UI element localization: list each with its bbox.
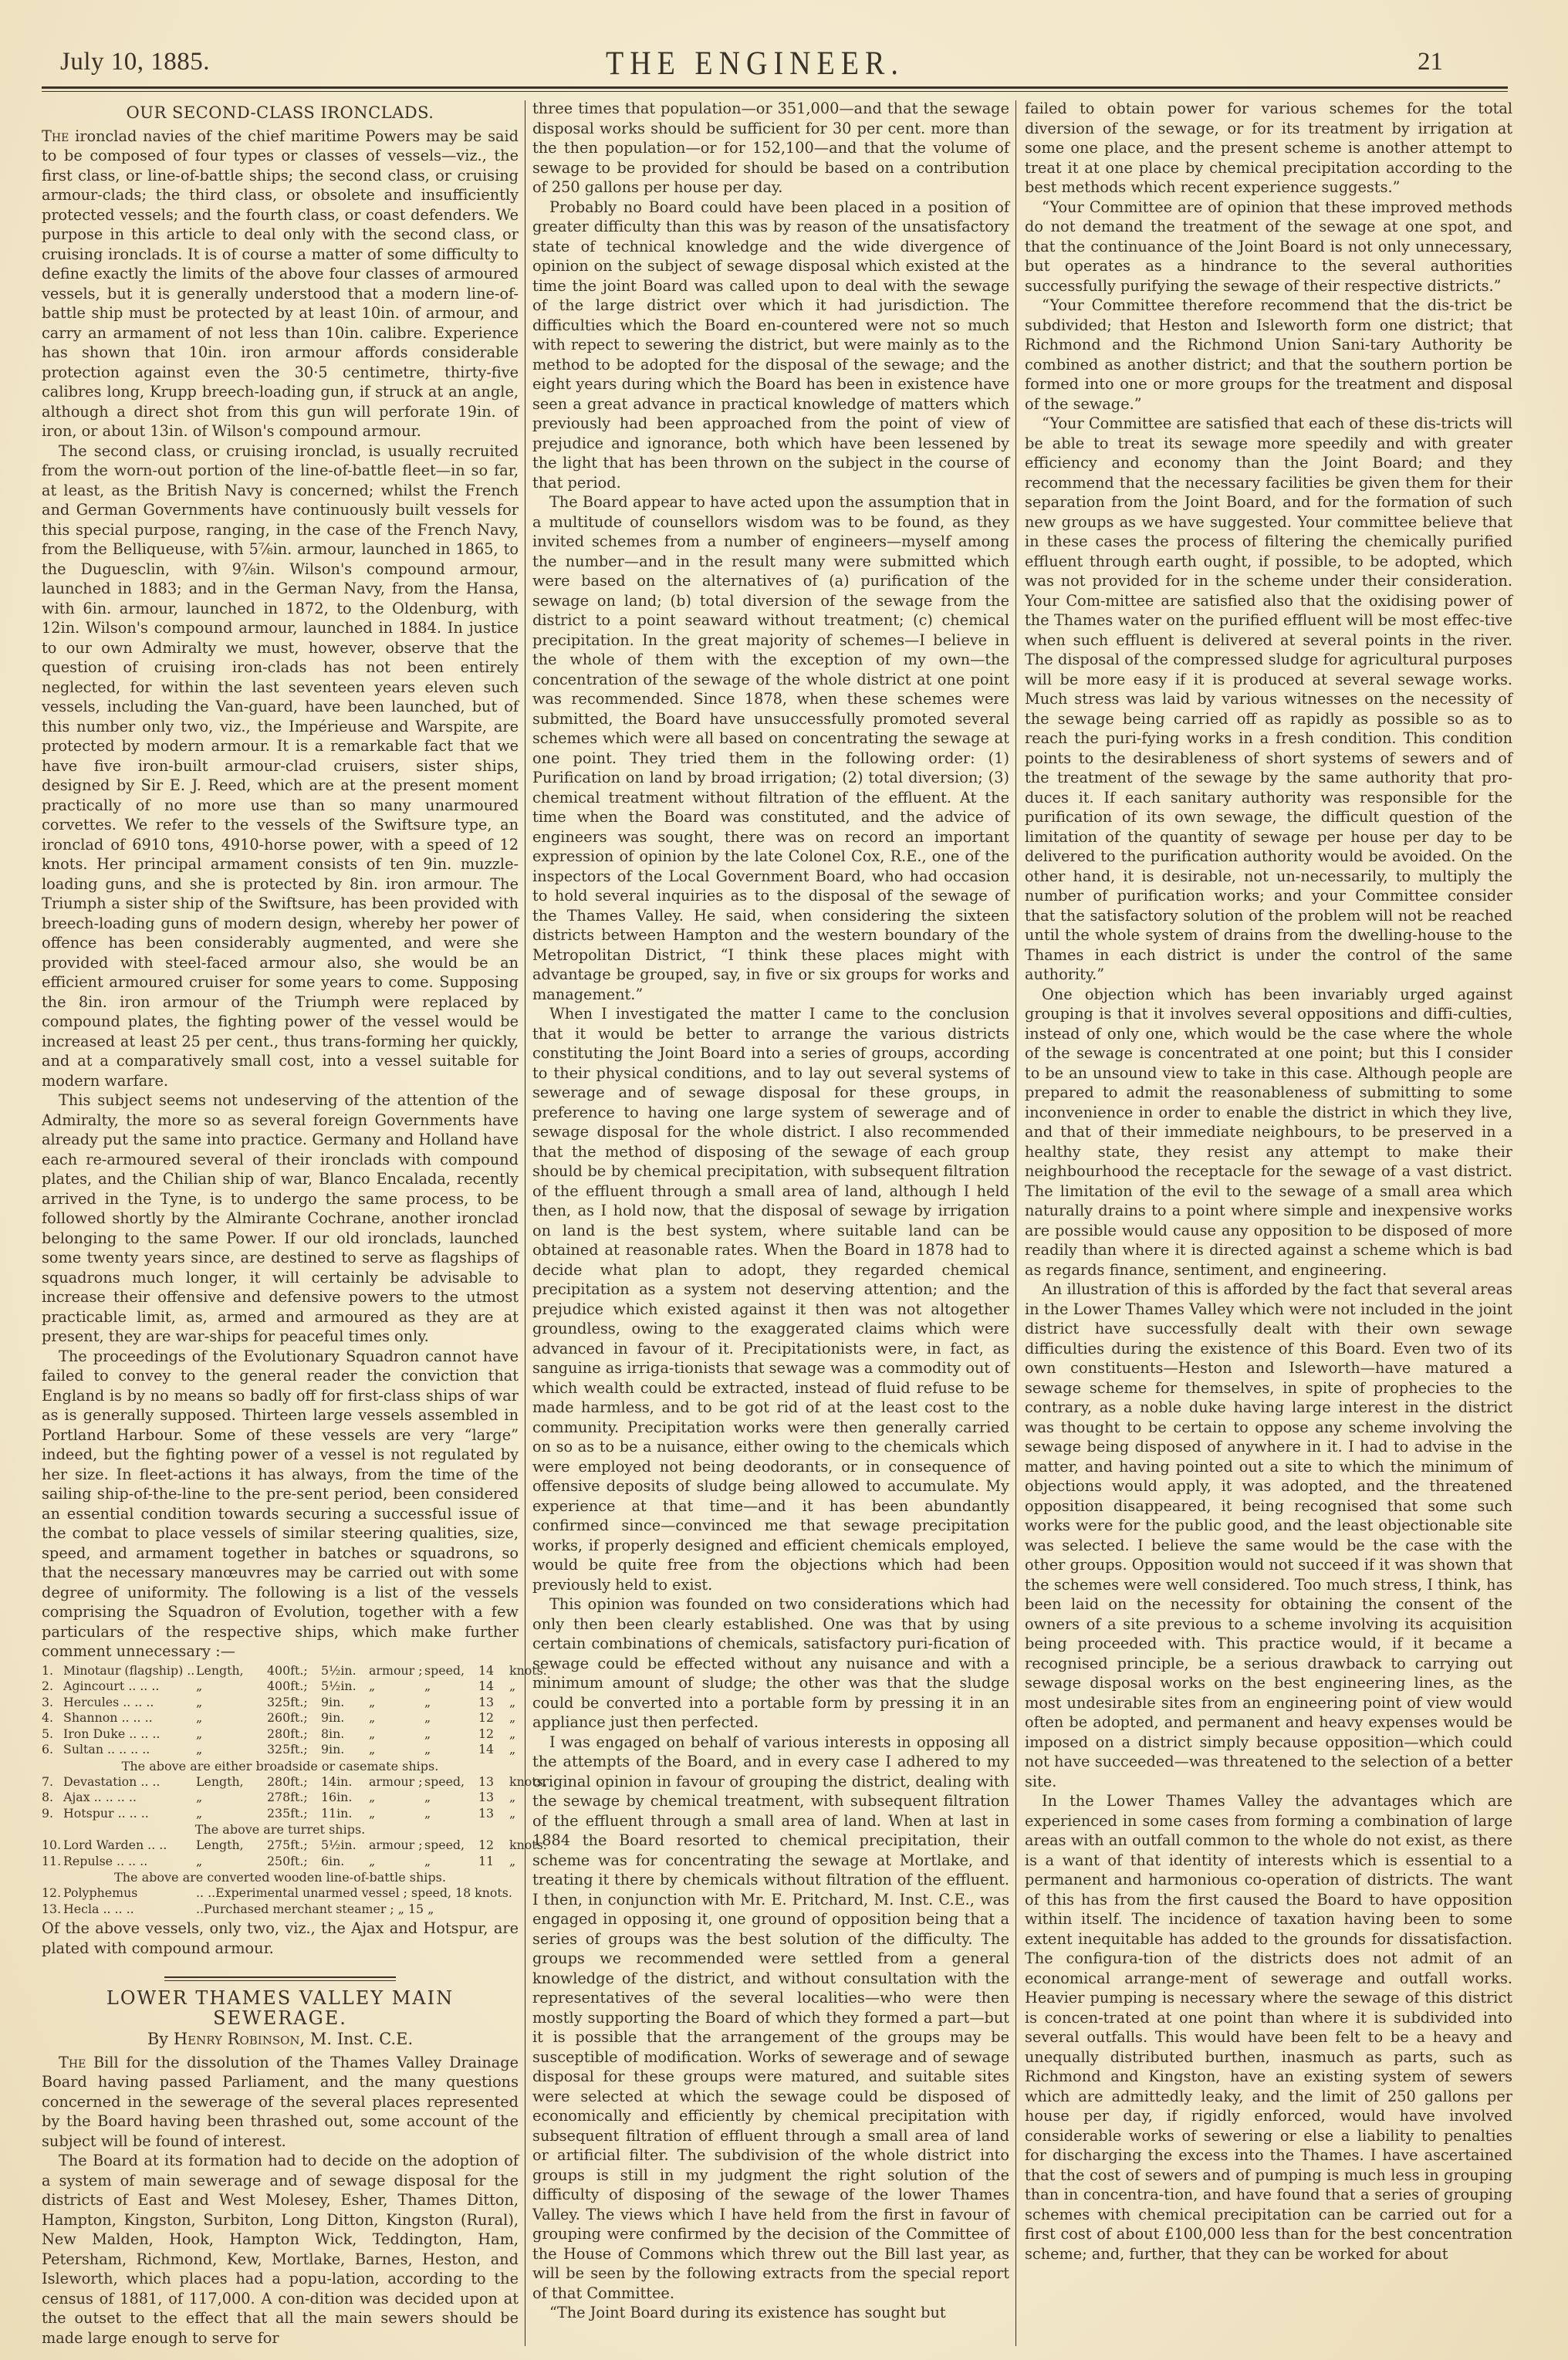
ship-cell: 5½in. (321, 1663, 369, 1679)
ship-cell: 250ft.; (267, 1854, 321, 1870)
ship-row: 6.Sultan .. .. .. ..„325ft.;9in.„„14„ (42, 1742, 519, 1758)
ship-cell: Repulse .. .. .. (63, 1854, 196, 1870)
paragraph: The proceedings of the Evolutionary Squa… (42, 1347, 519, 1662)
ship-cell: „ (424, 1790, 478, 1806)
ship-cell: armour ; (369, 1774, 424, 1790)
ship-cell: „ (369, 1679, 424, 1695)
paragraph: This subject seems not undeserving of th… (42, 1090, 519, 1347)
ship-row: 10.Lord Warden .. ..Length,275ft.;5½in.a… (42, 1838, 519, 1854)
ship-cell: 5. (42, 1726, 63, 1743)
ship-cell: Length, (196, 1663, 267, 1679)
ship-cell: 325ft.; (267, 1742, 321, 1758)
ship-cell: Sultan .. .. .. .. (63, 1742, 196, 1758)
article-body-sewerage-part1: The Bill for the dissolution of the Tham… (42, 2053, 519, 2348)
ship-cell: 7. (42, 1774, 63, 1790)
lead-word: The (42, 127, 75, 145)
ship-cell: 9in. (321, 1710, 369, 1726)
article-body-sewerage-part3: failed to obtain power for various schem… (1025, 99, 1512, 2264)
ship-cell: 11in. (321, 1806, 369, 1822)
paragraph: failed to obtain power for various schem… (1025, 99, 1512, 198)
publication-title: THE ENGINEER. (606, 44, 904, 83)
ship-cell: 325ft.; (267, 1695, 321, 1711)
ship-cell: „ (196, 1742, 267, 1758)
ship-cell: „ (424, 1679, 478, 1695)
ship-row: 5.Iron Duke .. .. ..„280ft.;8in.„„12„ (42, 1726, 519, 1743)
ship-cell: „ (509, 1679, 519, 1695)
ship-cell: „ (509, 1854, 519, 1870)
issue-date: July 10, 1885. (60, 48, 210, 76)
ship-row: 4.Shannon .. .. ..„260ft.;9in.„„12„ (42, 1710, 519, 1726)
ship-cell: „ (196, 1695, 267, 1711)
ship-row: 13.Hecla .. .. ....Purchased merchant st… (42, 1902, 519, 1918)
ship-cell: 275ft.; (267, 1838, 321, 1854)
ship-cell: „ (196, 1679, 267, 1695)
ship-cell: 4. (42, 1710, 63, 1726)
ship-group-note: The above are turret ships. (42, 1821, 519, 1838)
ship-cell: 13. (42, 1902, 63, 1918)
ship-group-note: The above are either broadside or casema… (42, 1758, 519, 1774)
ship-cell: Polyphemus (63, 1885, 196, 1902)
article-divider (164, 1976, 396, 1981)
page-number: 21 (1418, 48, 1443, 76)
paragraph: The Board appear to have acted upon the … (532, 492, 1009, 1004)
ship-cell: .. ..Experimental unarmed vessel ; speed… (196, 1885, 519, 1902)
ship-cell: 278ft.; (267, 1790, 321, 1806)
paragraph: The second class, or cruising ironclad, … (42, 441, 519, 1091)
column-3: failed to obtain power for various schem… (1025, 99, 1512, 2264)
ship-cell: „ (196, 1710, 267, 1726)
ship-row: 1.Minotaur (flagship) ..Length,400ft.;5½… (42, 1663, 519, 1679)
ship-cell: Lord Warden .. .. (63, 1838, 196, 1854)
paragraph: One objection which has been invariably … (1025, 985, 1512, 1280)
ship-cell: 400ft.; (267, 1663, 321, 1679)
ship-cell: 12. (42, 1885, 63, 1902)
paragraph: “Your Committee therefore recommend that… (1025, 296, 1512, 414)
ship-cell: „ (509, 1710, 519, 1726)
ship-cell: 14 (478, 1742, 509, 1758)
ship-row: 11.Repulse .. .. ..„250ft.;6in.„„11„ (42, 1854, 519, 1870)
ship-cell: 5½in. (321, 1838, 369, 1854)
paragraph: Probably no Board could have been placed… (532, 198, 1009, 493)
ship-cell: 1. (42, 1663, 63, 1679)
ship-cell: speed, (424, 1838, 478, 1854)
ship-cell: 235ft.; (267, 1806, 321, 1822)
article-body-ironclads: The ironclad navies of the chief maritim… (42, 127, 519, 1662)
ship-row: 3.Hercules .. .. ..„325ft.;9in.„„13„ (42, 1695, 519, 1711)
ship-cell: 3. (42, 1695, 63, 1711)
ship-cell: 8. (42, 1790, 63, 1806)
paragraph: three times that population—or 351,000—a… (532, 99, 1009, 198)
ship-cell: 13 (478, 1806, 509, 1822)
ship-cell: Minotaur (flagship) .. (63, 1663, 196, 1679)
ship-cell: 11 (478, 1854, 509, 1870)
ship-cell: speed, (424, 1774, 478, 1790)
ship-cell: 280ft.; (267, 1774, 321, 1790)
ship-cell: 400ft.; (267, 1679, 321, 1695)
ship-cell: 6in. (321, 1854, 369, 1870)
ship-cell: „ (369, 1806, 424, 1822)
ship-cell: 13 (478, 1774, 509, 1790)
ship-list: 1.Minotaur (flagship) ..Length,400ft.;5½… (42, 1663, 519, 1918)
ship-cell: Agincourt .. .. .. (63, 1679, 196, 1695)
ship-cell: 8in. (321, 1726, 369, 1743)
lead-word: The (59, 2054, 93, 2071)
ship-cell: Ajax .. .. .. .. (63, 1790, 196, 1806)
ship-cell: ..Purchased merchant steamer ; „ 15 „ (196, 1902, 519, 1918)
ship-cell: „ (369, 1854, 424, 1870)
ship-cell: 9. (42, 1806, 63, 1822)
ship-cell: Shannon .. .. .. (63, 1710, 196, 1726)
ship-cell: „ (196, 1726, 267, 1743)
ship-cell: 12 (478, 1726, 509, 1743)
byline-text: By Henry Robinson, M. Inst. C.E. (147, 2030, 413, 2048)
ship-cell: „ (369, 1790, 424, 1806)
ship-cell: Length, (196, 1774, 267, 1790)
ship-cell: „ (196, 1790, 267, 1806)
ship-group-note: The above are converted wooden line-of-b… (42, 1869, 519, 1885)
paragraph: “The Joint Board during its existence ha… (532, 2303, 1009, 2323)
ship-cell: „ (369, 1742, 424, 1758)
paragraph: An illustration of this is afforded by t… (1025, 1280, 1512, 1791)
ship-row: 9.Hotspur .. .. ..„235ft.;11in.„„13„ (42, 1806, 519, 1822)
ship-cell: 5½in. (321, 1679, 369, 1695)
article-body-sewerage-part2: three times that population—or 351,000—a… (532, 99, 1009, 2323)
column-divider (1015, 100, 1016, 2346)
ship-row: 8.Ajax .. .. .. ..„278ft.;16in.„„13„ (42, 1790, 519, 1806)
column-divider (525, 100, 525, 2346)
article-title-sewerage: LOWER THAMES VALLEY MAIN SEWERAGE. (42, 1989, 519, 2028)
ship-cell: 16in. (321, 1790, 369, 1806)
paragraph: The Bill for the dissolution of the Tham… (42, 2053, 519, 2152)
masthead-rule (42, 86, 1508, 89)
paragraph: “Your Committee are satisfied that each … (1025, 414, 1512, 985)
ship-cell: „ (509, 1742, 519, 1758)
ship-cell: 9in. (321, 1695, 369, 1711)
ship-cell: Length, (196, 1838, 267, 1854)
ship-cell: „ (424, 1854, 478, 1870)
article-closing: Of the above vessels, only two, viz., th… (42, 1919, 519, 1958)
ship-cell: „ (424, 1710, 478, 1726)
paragraph: I was engaged on behalf of various inter… (532, 1733, 1009, 2304)
column-2: three times that population—or 351,000—a… (532, 99, 1009, 2323)
ship-cell: Hotspur .. .. .. (63, 1806, 196, 1822)
ship-cell: 260ft.; (267, 1710, 321, 1726)
ship-cell: 9in. (321, 1742, 369, 1758)
ship-row: 2.Agincourt .. .. ..„400ft.;5½in.„„14„ (42, 1679, 519, 1695)
paragraph: The Board at its formation had to decide… (42, 2151, 519, 2348)
paragraph: In the Lower Thames Valley the advantage… (1025, 1791, 1512, 2264)
ship-cell: „ (509, 1695, 519, 1711)
ship-cell: Hecla .. .. .. (63, 1902, 196, 1918)
ship-cell: „ (196, 1854, 267, 1870)
article-title-ironclads: OUR SECOND-CLASS IRONCLADS. (42, 103, 519, 123)
ship-cell: „ (509, 1726, 519, 1743)
ship-cell: 12 (478, 1710, 509, 1726)
ship-cell: 280ft.; (267, 1726, 321, 1743)
ship-cell: armour ; (369, 1663, 424, 1679)
ship-cell: 13 (478, 1790, 509, 1806)
ship-cell: „ (369, 1695, 424, 1711)
newspaper-page: July 10, 1885. THE ENGINEER. 21 OUR SECO… (0, 0, 1568, 2360)
paragraph: “Your Committee are of opinion that thes… (1025, 198, 1512, 296)
ship-cell: 13 (478, 1695, 509, 1711)
masthead-rule-thin (42, 91, 1508, 92)
ship-cell: „ (509, 1806, 519, 1822)
ship-cell: 14 (478, 1663, 509, 1679)
ship-cell: 2. (42, 1679, 63, 1695)
paragraph: The ironclad navies of the chief maritim… (42, 127, 519, 441)
ship-cell: armour ; (369, 1838, 424, 1854)
column-1: OUR SECOND-CLASS IRONCLADS. The ironclad… (42, 99, 519, 2348)
ship-cell: „ (424, 1742, 478, 1758)
ship-cell: 14in. (321, 1774, 369, 1790)
ship-cell: Hercules .. .. .. (63, 1695, 196, 1711)
ship-cell: 14 (478, 1679, 509, 1695)
ship-cell: 12 (478, 1838, 509, 1854)
ship-cell: „ (369, 1710, 424, 1726)
ship-cell: Iron Duke .. .. .. (63, 1726, 196, 1743)
ship-row: 12.Polyphemus.. ..Experimental unarmed v… (42, 1885, 519, 1902)
ship-cell: Devastation .. .. (63, 1774, 196, 1790)
ship-cell: „ (424, 1695, 478, 1711)
ship-cell: „ (424, 1806, 478, 1822)
ship-cell: 6. (42, 1742, 63, 1758)
ship-cell: „ (424, 1726, 478, 1743)
ship-cell: 10. (42, 1838, 63, 1854)
ship-cell: speed, (424, 1663, 478, 1679)
ship-cell: 11. (42, 1854, 63, 1870)
paragraph: When I investigated the matter I came to… (532, 1004, 1009, 1594)
ship-cell: „ (369, 1726, 424, 1743)
paragraph: This opinion was founded on two consider… (532, 1594, 1009, 1733)
ship-cell: „ (509, 1790, 519, 1806)
article-byline: By Henry Robinson, M. Inst. C.E. (42, 2030, 519, 2050)
ship-cell: „ (196, 1806, 267, 1822)
ship-row: 7.Devastation .. ..Length,280ft.;14in.ar… (42, 1774, 519, 1790)
author-name: Henry Robinson (174, 2030, 300, 2048)
